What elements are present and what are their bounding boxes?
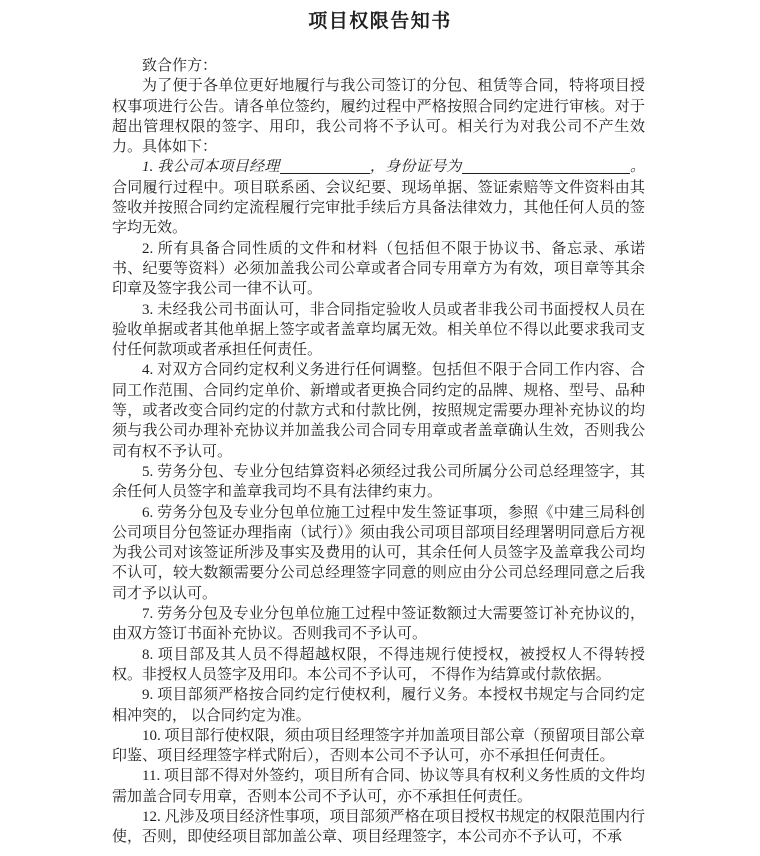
clause-11: 11. 项目部不得对外签约，项目所有合同、协议等具有权利义务性质的文件均需加盖合… — [112, 766, 645, 807]
clause-12: 12. 凡涉及项目经济性事项，项目部须严格在项目授权书规定的权限范围内行使，否则… — [112, 807, 645, 848]
clause-2: 2. 所有具备合同性质的文件和材料（包括但不限于协议书、备忘录、承诺书、纪要等资… — [112, 239, 645, 300]
clause-7: 7. 劳务分包及专业分包单位施工过程中签证数额过大需要签订补充协议的，由双方签订… — [112, 604, 645, 645]
clause-10: 10. 项目部行使权限，须由项目经理签字并加盖项目部公章（预留项目部公章印鉴、项… — [112, 726, 645, 767]
document-body: 致合作方： 为了便于各单位更好地履行与我公司签订的分包、租赁等合同，特将项目授权… — [112, 56, 645, 848]
document-title: 项目权限告知书 — [0, 0, 760, 34]
clause-1-lead: 1. 我公司本项目经理 — [142, 159, 280, 175]
clause-8: 8. 项目部及其人员不得超越权限，不得违规行使授权，被授权人不得转授权。非授权人… — [112, 645, 645, 686]
clause-9: 9. 项目部须严格按合同约定行使权利，履行义务。本授权书规定与合同约定相冲突的，… — [112, 685, 645, 726]
salutation: 致合作方： — [112, 56, 645, 76]
clause-4: 4. 对双方合同约定权利义务进行任何调整。包括但不限于合同工作内容、合同工作范围… — [112, 360, 645, 461]
clause-5: 5. 劳务分包、专业分包结算资料必须经过我公司所属分公司总经理签字，其余任何人员… — [112, 462, 645, 503]
clause-6: 6. 劳务分包及专业分包单位施工过程中发生签证事项，参照《中建三局科创公司项目分… — [112, 503, 645, 604]
clause-1: 1. 我公司本项目经理，身份证号为。合同履行过程中。项目联系函、会议纪要、现场单… — [112, 157, 645, 238]
clause-1-period: 。 — [630, 159, 645, 175]
clause-1-mid: ，身份证号为 — [370, 159, 462, 175]
intro-paragraph: 为了便于各单位更好地履行与我公司签订的分包、租赁等合同，特将项目授权事项进行公告… — [112, 76, 645, 157]
document-page: 项目权限告知书 致合作方： 为了便于各单位更好地履行与我公司签订的分包、租赁等合… — [0, 0, 760, 856]
clause-3: 3. 未经我公司书面认可，非合同指定验收人员或者非我公司书面授权人员在验收单据或… — [112, 300, 645, 361]
id-number-blank — [462, 172, 630, 174]
project-manager-name-blank — [280, 172, 370, 174]
clause-1-rest: 合同履行过程中。项目联系函、会议纪要、现场单据、签证索赔等文件资料由其签收并按照… — [112, 180, 645, 237]
